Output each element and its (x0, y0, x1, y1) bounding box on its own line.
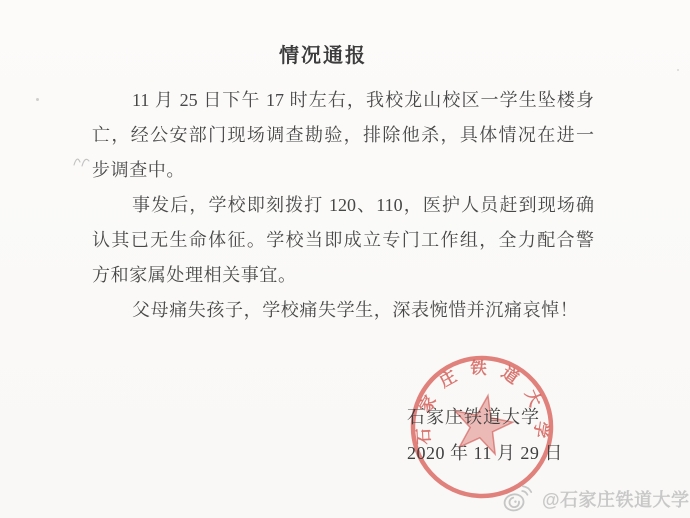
scan-speck (677, 69, 679, 71)
body-line: 认其已无生命体征。学校当即成立专门工作组，全力配合警 (92, 229, 594, 252)
weibo-watermark: @石家庄铁道大学 (501, 484, 690, 513)
body-line: 事发后，学校即刻拨打 120、110，医护人员赶到现场确 (92, 194, 594, 217)
body-line: 方和家属处理相关事宜。 (92, 264, 594, 287)
scan-artifact (72, 152, 96, 168)
body-line: 父母痛失孩子，学校痛失学生，深表惋惜并沉痛哀悼！ (92, 299, 594, 322)
scan-speck (36, 98, 39, 101)
watermark-handle: @石家庄铁道大学 (542, 486, 690, 512)
body-line: 11 月 25 日下午 17 时左右，我校龙山校区一学生坠楼身 (92, 89, 594, 112)
notice-title: 情况通报 (279, 39, 367, 68)
weibo-icon (501, 484, 535, 513)
body-line: 步调查中。 (92, 159, 594, 182)
signature: 石家庄铁道大学 (407, 403, 540, 429)
body-line: 亡，经公安部门现场调查勘验，排除他杀，具体情况在进一 (92, 124, 594, 147)
date: 2020 年 11 月 29 日 (407, 439, 563, 465)
scanned-notice-page: 情况通报 11 月 25 日下午 17 时左右，我校龙山校区一学生坠楼身 亡，经… (0, 0, 690, 518)
